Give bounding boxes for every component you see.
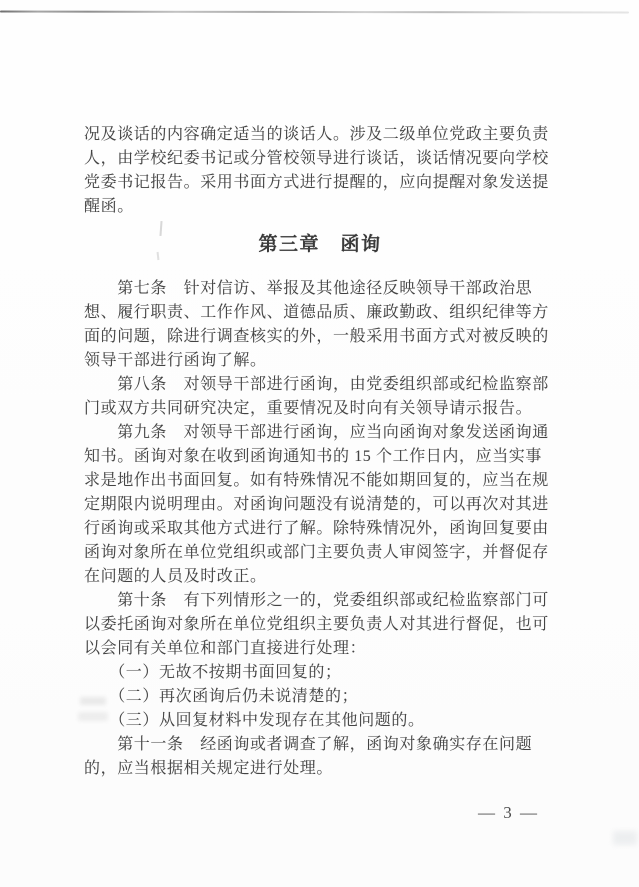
text-line: 醒函。 [84,195,556,219]
text-line: （二）再次函询后仍未说清楚的； [84,685,556,709]
text-line: 第十条 有下列情形之一的，党委组织部或纪检监察部门可 [84,589,556,613]
text-line: 面的问题，除进行调查核实的外，一般采用书面方式对被反映的 [84,325,556,349]
text-line: 第十一条 经函询或者调查了解，函询对象确实存在问题 [84,733,556,757]
scanned-page: 况及谈话的内容确定适当的谈话人。涉及二级单位党政主要负责 人，由学校纪委书记或分… [0,0,639,887]
scan-artifact-smudge [613,831,637,845]
text-line: 想、履行职责、工作作风、道德品质、廉政勤政、组织纪律等方 [84,301,556,325]
text-line: 求是地作出书面回复。如有特殊情况不能如期回复的，应当在规 [84,469,556,493]
text-line: 第七条 针对信访、举报及其他途径反映领导干部政治思 [84,277,556,301]
text-line: 以会同有关单位和部门直接进行处理： [84,637,556,661]
text-line: 以委托函询对象所在单位党组织主要负责人对其进行督促，也可 [84,613,556,637]
document-body: 况及谈话的内容确定适当的谈话人。涉及二级单位党政主要负责 人，由学校纪委书记或分… [84,123,556,781]
text-line: 党委书记报告。采用书面方式进行提醒的，应向提醒对象发送提 [84,171,556,195]
text-line: 领导干部进行函询了解。 [84,349,556,373]
text-line: 人，由学校纪委书记或分管校领导进行谈话，谈话情况要向学校 [84,147,556,171]
text-line: 门或双方共同研究决定，重要情况及时向有关领导请示报告。 [84,397,556,421]
text-line: 第九条 对领导干部进行函询，应当向函询对象发送函询通 [84,421,556,445]
text-line: 行函询或采取其他方式进行了解。除特殊情况外，函询回复要由 [84,517,556,541]
chapter-heading: 第三章 函询 [84,233,556,257]
text-line: 在问题的人员及时改正。 [84,565,556,589]
text-line: （三）从回复材料中发现存在其他问题的。 [84,709,556,733]
scan-edge-line [0,11,629,13]
text-line: 况及谈话的内容确定适当的谈话人。涉及二级单位党政主要负责 [84,123,556,147]
text-line: （一）无故不按期书面回复的； [84,661,556,685]
text-line: 知书。函询对象在收到函询通知书的 15 个工作日内，应当实事 [84,445,556,469]
text-line: 函询对象所在单位党组织或部门主要负责人审阅签字，并督促存 [84,541,556,565]
text-line: 第八条 对领导干部进行函询，由党委组织部或纪检监察部 [84,373,556,397]
text-line: 的，应当根据相关规定进行处理。 [84,757,556,781]
text-line: 定期限内说明理由。对函询问题没有说清楚的，可以再次对其进 [84,493,556,517]
page-number: — 3 — [478,803,539,823]
